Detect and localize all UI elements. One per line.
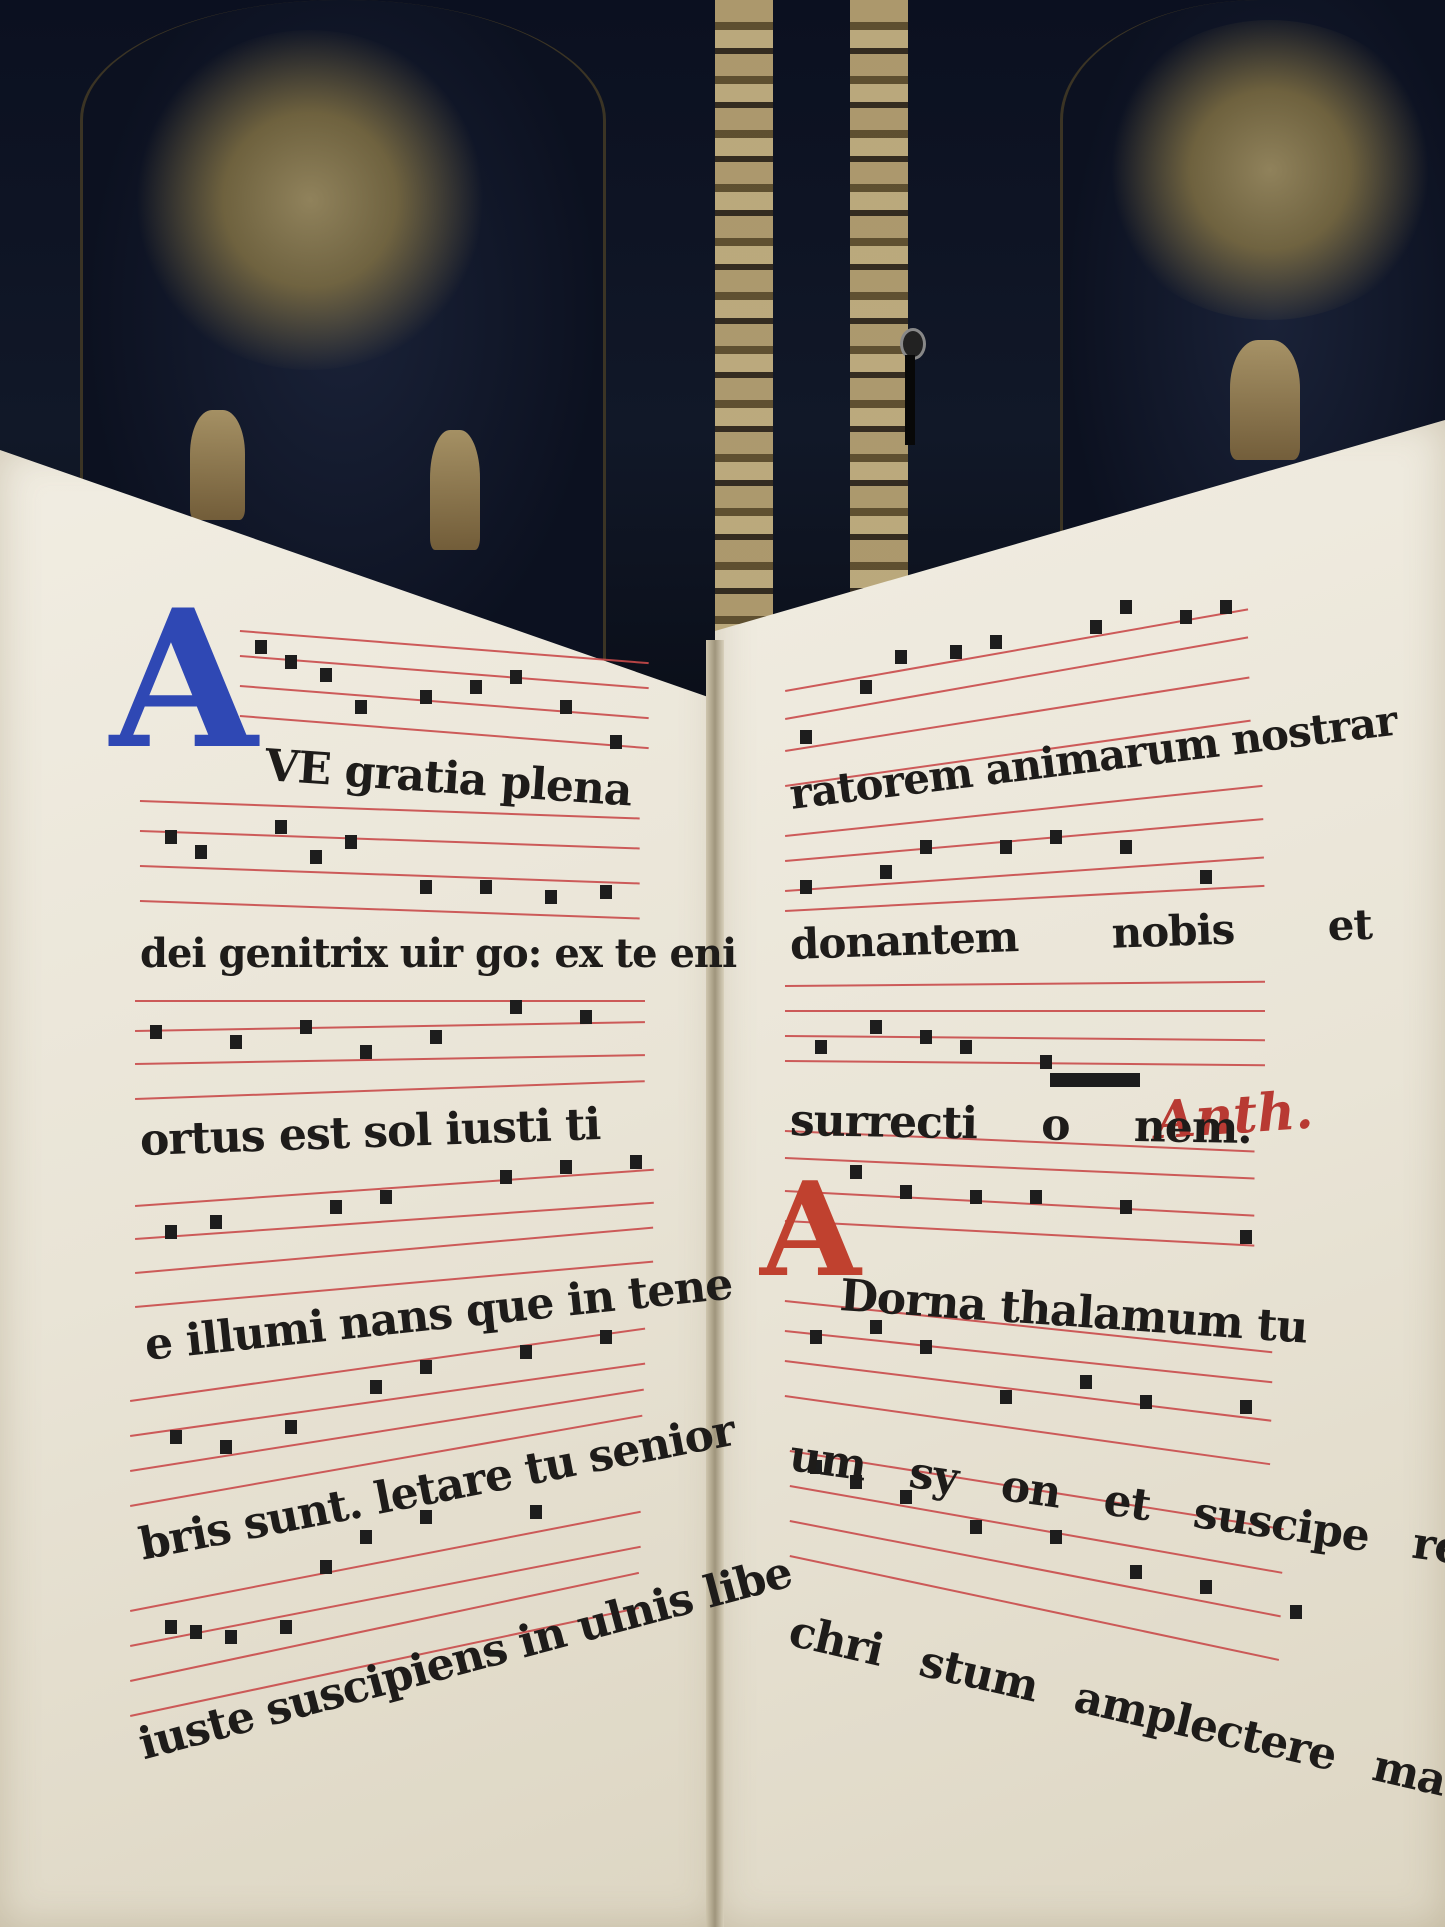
gilt-figure <box>430 430 480 550</box>
lyric-line: surrecti o nem. <box>790 1095 1253 1154</box>
gilt-tree <box>130 30 490 370</box>
lyric-line: dei genitrix uir go: ex te eni <box>140 930 736 977</box>
gilt-tree <box>1100 20 1440 320</box>
keyhole-slot <box>905 355 915 445</box>
gilt-figure <box>1230 340 1300 460</box>
gilt-floral-band <box>715 0 773 640</box>
gilt-floral-band <box>850 0 908 640</box>
decorated-initial-a-blue: A <box>110 585 257 775</box>
gilt-figure <box>190 410 245 520</box>
